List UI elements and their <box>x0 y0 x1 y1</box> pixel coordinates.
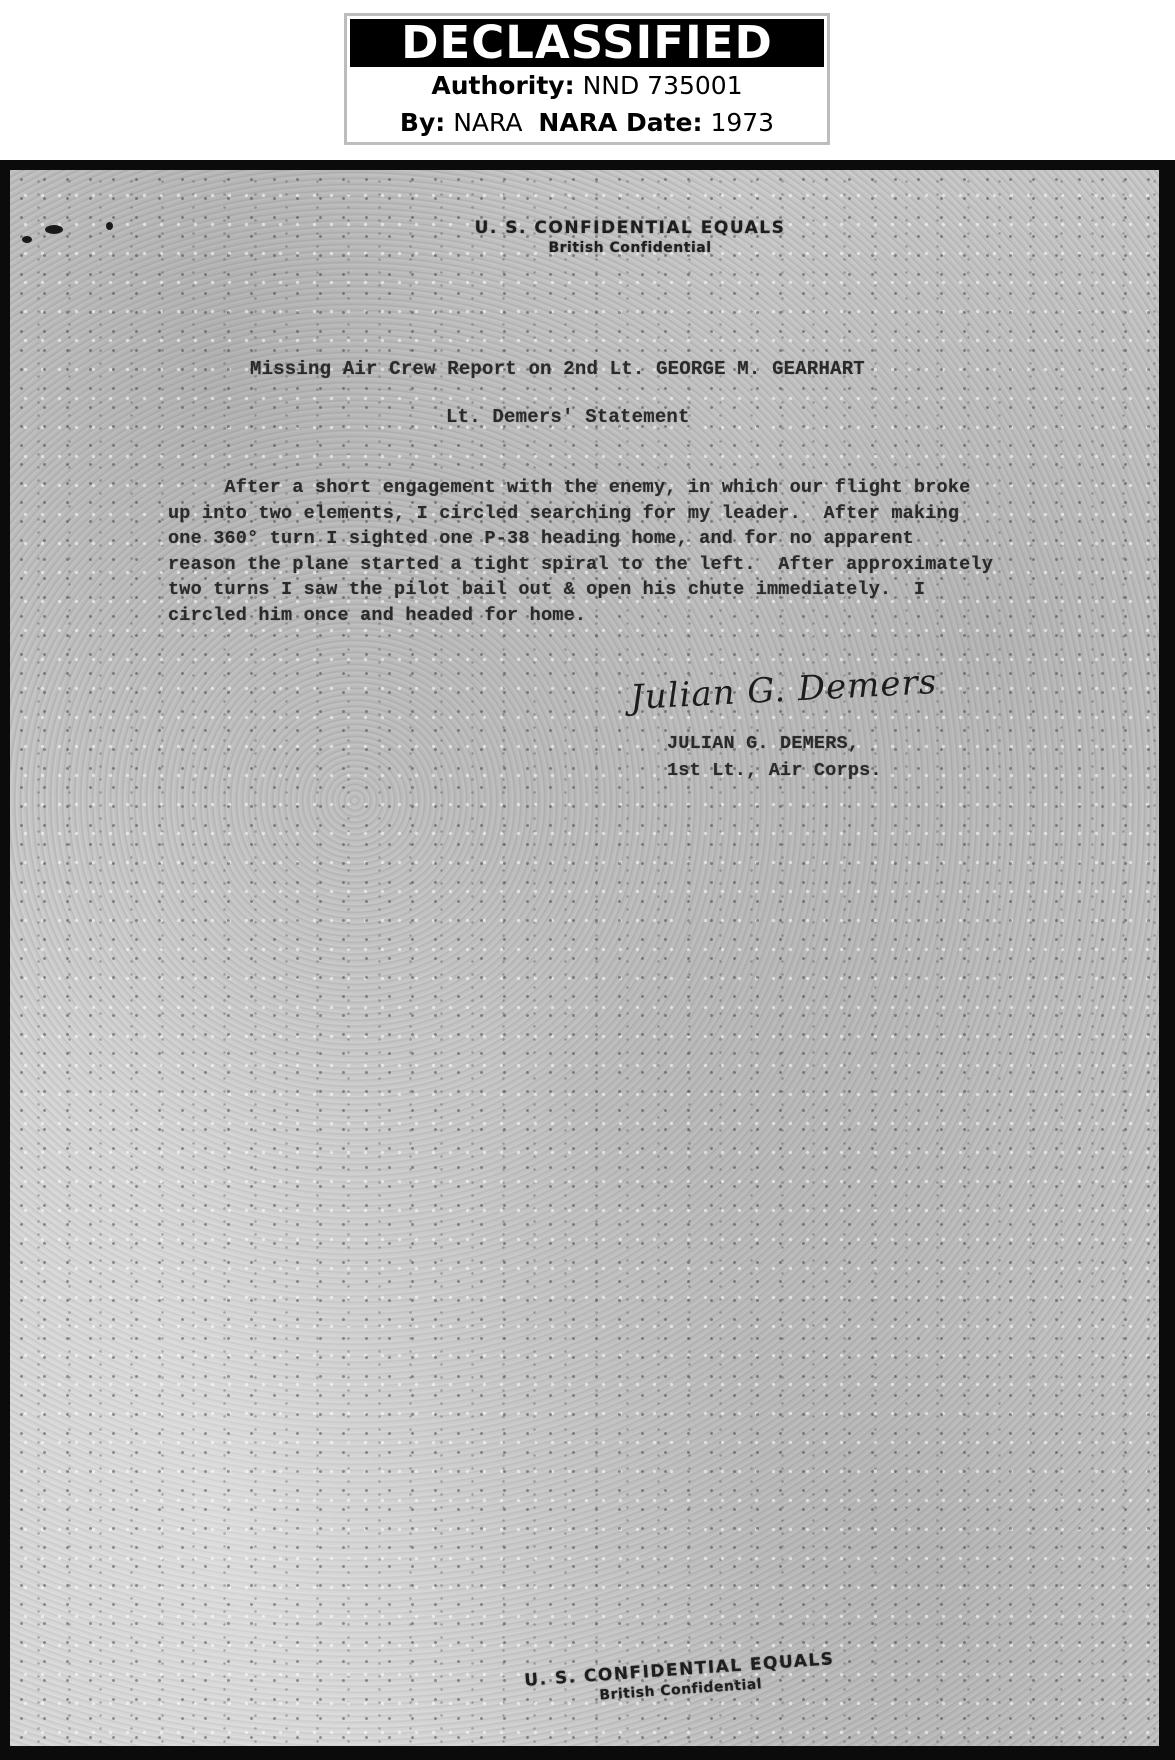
by-label: By: <box>400 108 445 137</box>
statement-body: After a short engagement with the enemy,… <box>168 475 993 628</box>
by-date-line: By: NARA NARA Date: 1973 <box>347 108 827 138</box>
declassified-heading: DECLASSIFIED <box>350 19 824 67</box>
body-line: reason the plane started a tight spiral … <box>168 552 993 578</box>
body-line: After a short engagement with the enemy,… <box>168 475 993 501</box>
body-line: circled him once and headed for home. <box>168 603 993 629</box>
body-line: two turns I saw the pilot bail out & ope… <box>168 577 993 603</box>
signatory-name: JULIAN G. DEMERS, <box>667 733 859 754</box>
report-title: Missing Air Crew Report on 2nd Lt. GEORG… <box>250 358 865 380</box>
authority-label: Authority: <box>431 71 574 100</box>
ink-blot <box>22 236 32 243</box>
statement-heading: Lt. Demers' Statement <box>446 406 690 428</box>
authority-value: NND 735001 <box>583 71 743 100</box>
ink-blot <box>106 222 113 230</box>
confidential-stamp-top: U. S. CONFIDENTIAL EQUALS British Confid… <box>470 218 790 256</box>
date-label: NARA Date: <box>538 108 702 137</box>
declassification-stamp: DECLASSIFIED Authority: NND 735001 By: N… <box>344 13 830 145</box>
authority-line: Authority: NND 735001 <box>347 71 827 101</box>
date-value: 1973 <box>710 108 774 137</box>
body-line: one 360° turn I sighted one P-38 heading… <box>168 526 993 552</box>
by-value: NARA <box>453 108 522 137</box>
scanned-page-frame: U. S. CONFIDENTIAL EQUALS British Confid… <box>0 160 1175 1760</box>
signatory-rank: 1st Lt., Air Corps. <box>667 760 882 781</box>
body-line: up into two elements, I circled searchin… <box>168 501 993 527</box>
ink-blot <box>45 225 63 234</box>
scanned-page: U. S. CONFIDENTIAL EQUALS British Confid… <box>10 170 1159 1746</box>
